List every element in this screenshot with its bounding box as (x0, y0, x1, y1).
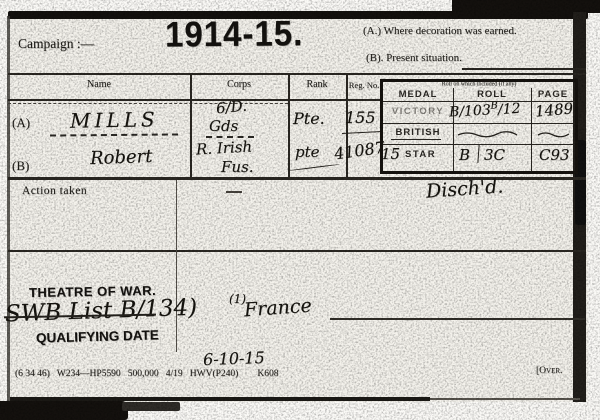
victory-roll-entry: B/103B/12 (449, 99, 521, 120)
theatre-entry-handwritten: France (243, 295, 312, 322)
row-b-corps-line2: Fus. (221, 158, 254, 176)
scan-artifact-bottom-left (0, 401, 128, 420)
medal-table-caption: Roll on which included (if any) (416, 80, 543, 87)
star-roll-left-entry: B (459, 146, 470, 164)
row-b-rank: pte (295, 143, 320, 161)
rule-under-note-b (462, 68, 586, 70)
action-taken-label: Action taken (22, 185, 87, 197)
col-header-name: Name (8, 79, 190, 90)
row-a-corps-line1: 6/D. (215, 97, 247, 118)
row-a-rank: Pte. (293, 109, 325, 128)
col-header-rank: Rank (288, 79, 346, 90)
star-page-entry: C93 (539, 146, 570, 164)
medal-vrule-2 (531, 88, 532, 171)
action-dash-mark (226, 191, 242, 193)
col-header-corps: Corps (190, 79, 288, 90)
card-border-bottom-faint (430, 398, 580, 400)
campaign-stamp: 1914-15. (165, 13, 304, 55)
scan-artifact-bottom-left-2 (122, 402, 180, 411)
note-a: (A.) Where decoration was earned. (363, 25, 517, 37)
star-roll-pen-stroke (477, 145, 479, 163)
star-medal-label: STAR (405, 149, 436, 160)
col-header-reg-no: Reg. No. (345, 80, 383, 90)
rule-action-divider (176, 180, 177, 352)
medal-col-header: MEDAL (383, 89, 453, 100)
over-label: [Over. (536, 366, 562, 376)
page-col-header: PAGE (531, 89, 575, 100)
row-a-label: (A) (12, 115, 30, 131)
star-roll-right-entry: 3C (484, 146, 505, 164)
theatre-entry-rule (330, 318, 585, 320)
british-medal-label: BRITISH (385, 127, 451, 138)
campaign-label: Campaign :— (18, 36, 94, 52)
medal-index-card-scan: Campaign :— 1914-15. (A.) Where decorati… (0, 0, 600, 420)
rule-header-underline (8, 99, 383, 101)
victory-medal-label: VICTORY (385, 106, 451, 117)
row-b-corps-line1: R. Irish (196, 138, 253, 159)
row-b-name: Robert (90, 146, 153, 169)
note-b: (B). Present situation. (366, 52, 462, 64)
qualifying-date-handwritten: 6-10-15 (203, 348, 265, 369)
british-page-ditto-mark (535, 128, 573, 140)
row-a-corps-underline (206, 123, 254, 138)
medal-row-rule-1 (383, 123, 575, 124)
row-b-label: (B) (12, 158, 29, 174)
row-a-reg-no: 155 (345, 108, 376, 127)
british-roll-ditto-mark (455, 128, 527, 140)
medal-table: Roll on which included (if any) MEDAL RO… (380, 79, 578, 174)
rule-table-top (8, 73, 586, 75)
victory-page-entry: 1489 (534, 99, 574, 120)
row-a-name-underline (50, 120, 178, 136)
qualifying-date-stamp: QUALIFYING DATE (36, 327, 159, 345)
star-prefix-handwritten: 15 (381, 145, 400, 163)
rule-action-bottom (8, 250, 586, 252)
printer-imprint: (6 34 46) W234—HP5590 500,000 4/19 HWV(P… (15, 369, 278, 379)
british-label-underline (391, 139, 441, 140)
